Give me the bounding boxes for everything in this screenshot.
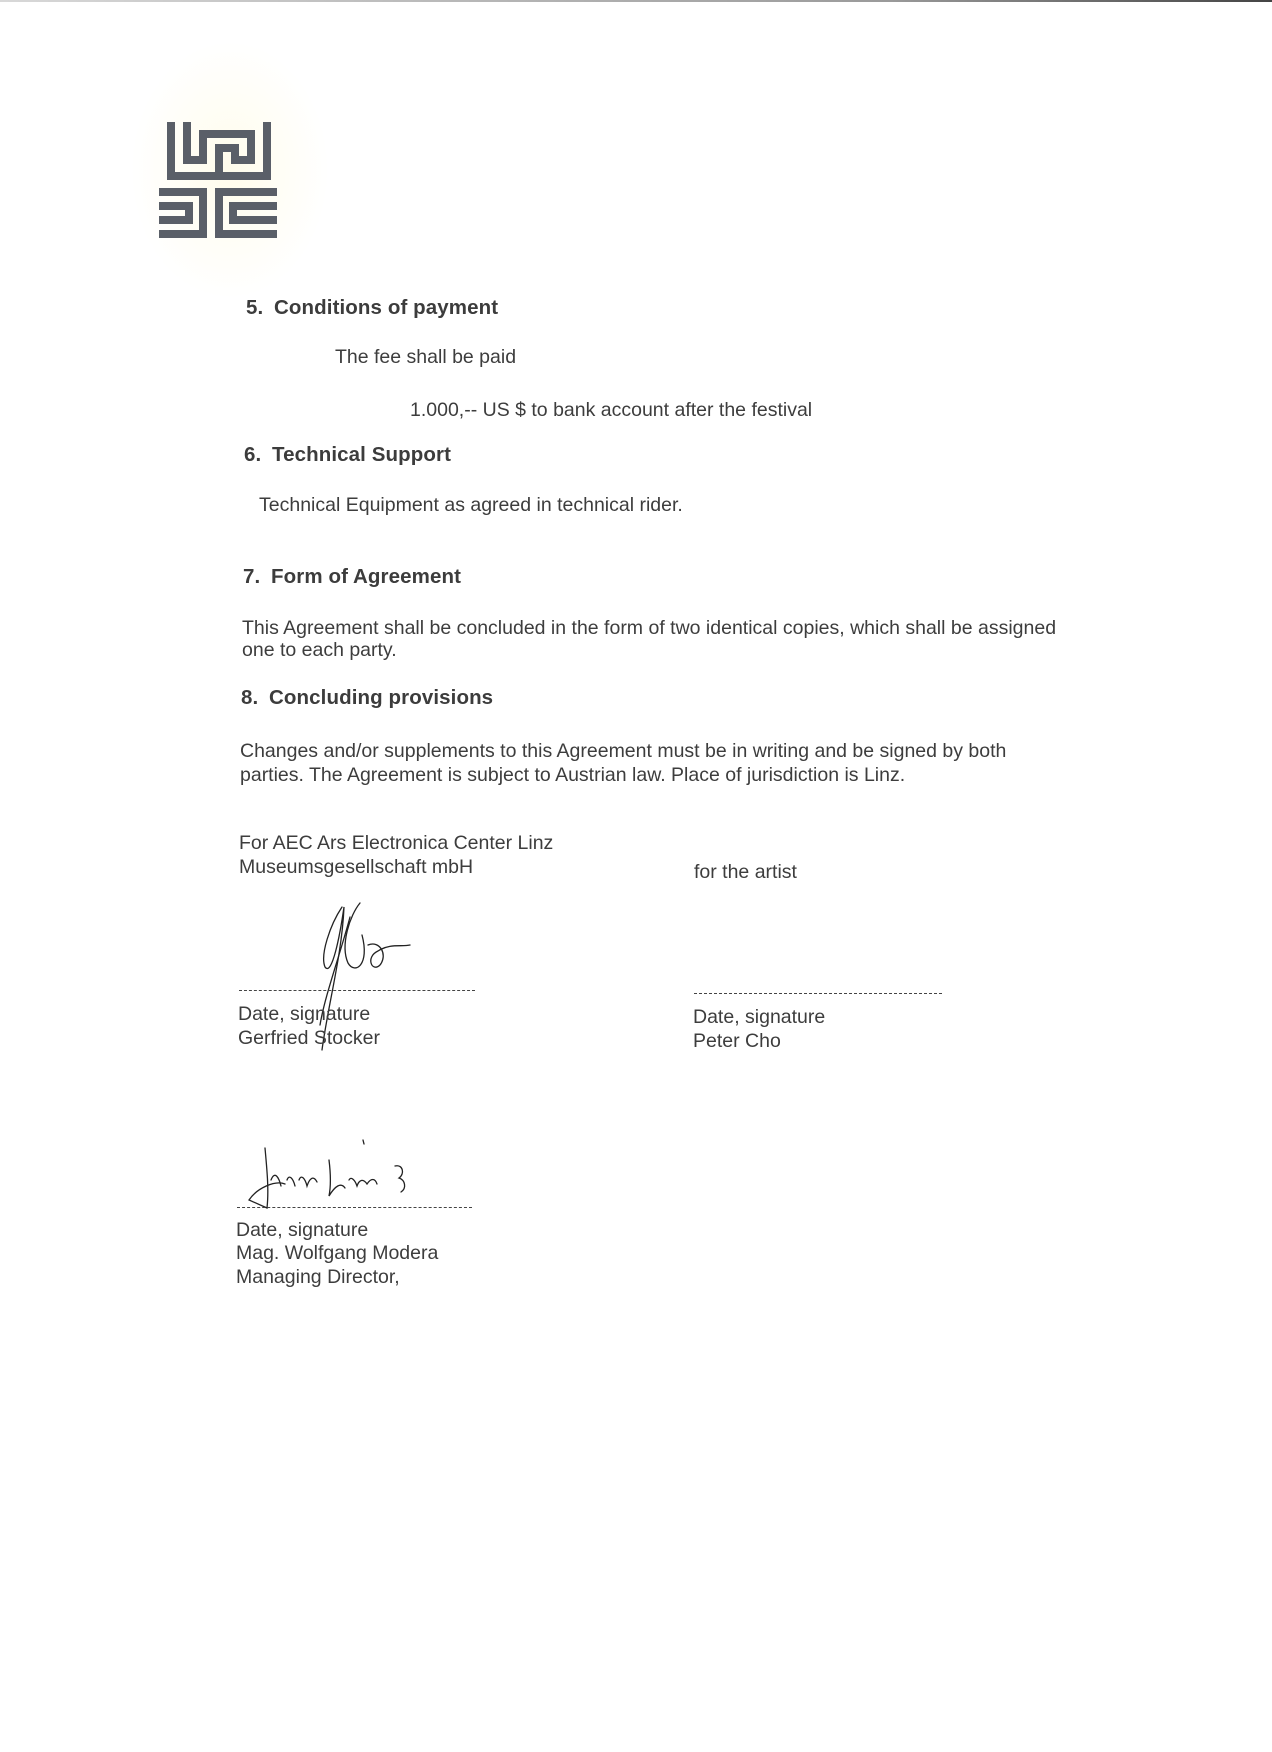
signature-line — [237, 1207, 472, 1208]
section-7-line: one to each party. — [242, 639, 397, 662]
aec-signatory-heading: Museumsgesellschaft mbH — [239, 856, 473, 879]
section-number: 6. — [244, 443, 272, 467]
section-number: 5. — [246, 296, 274, 320]
section-7-line: This Agreement shall be concluded in the… — [242, 617, 1056, 640]
signatory-name: Gerfried Stocker — [238, 1027, 380, 1050]
section-6-line: Technical Equipment as agreed in technic… — [259, 494, 683, 517]
signature-label: Date, signature — [238, 1003, 370, 1026]
section-7-heading: 7.Form of Agreement — [243, 565, 461, 589]
section-title: Form of Agreement — [271, 565, 461, 588]
signature-label: Date, signature — [236, 1219, 368, 1242]
signatory-title: Managing Director, — [236, 1266, 400, 1289]
aec-signatory-heading: For AEC Ars Electronica Center Linz — [239, 832, 553, 855]
section-5-line: 1.000,-- US $ to bank account after the … — [410, 399, 812, 422]
section-number: 8. — [241, 686, 269, 710]
section-number: 7. — [243, 565, 271, 589]
section-8-heading: 8.Concluding provisions — [241, 686, 493, 710]
section-title: Technical Support — [272, 443, 451, 466]
section-title: Concluding provisions — [269, 686, 493, 709]
section-title: Conditions of payment — [274, 296, 498, 319]
section-5-heading: 5.Conditions of payment — [246, 296, 498, 320]
aec-labyrinth-logo-icon — [159, 122, 277, 238]
signature-line — [239, 990, 475, 991]
signatory-name: Peter Cho — [693, 1030, 781, 1053]
section-8-line: parties. The Agreement is subject to Aus… — [240, 764, 905, 787]
signature-label: Date, signature — [693, 1006, 825, 1029]
signature-line — [694, 993, 942, 994]
artist-signatory-heading: for the artist — [694, 861, 797, 884]
section-8-line: Changes and/or supplements to this Agree… — [240, 740, 1006, 763]
section-5-line: The fee shall be paid — [335, 346, 516, 369]
section-6-heading: 6.Technical Support — [244, 443, 451, 467]
scan-edge — [0, 0, 1272, 2]
signatory-name: Mag. Wolfgang Modera — [236, 1242, 438, 1265]
